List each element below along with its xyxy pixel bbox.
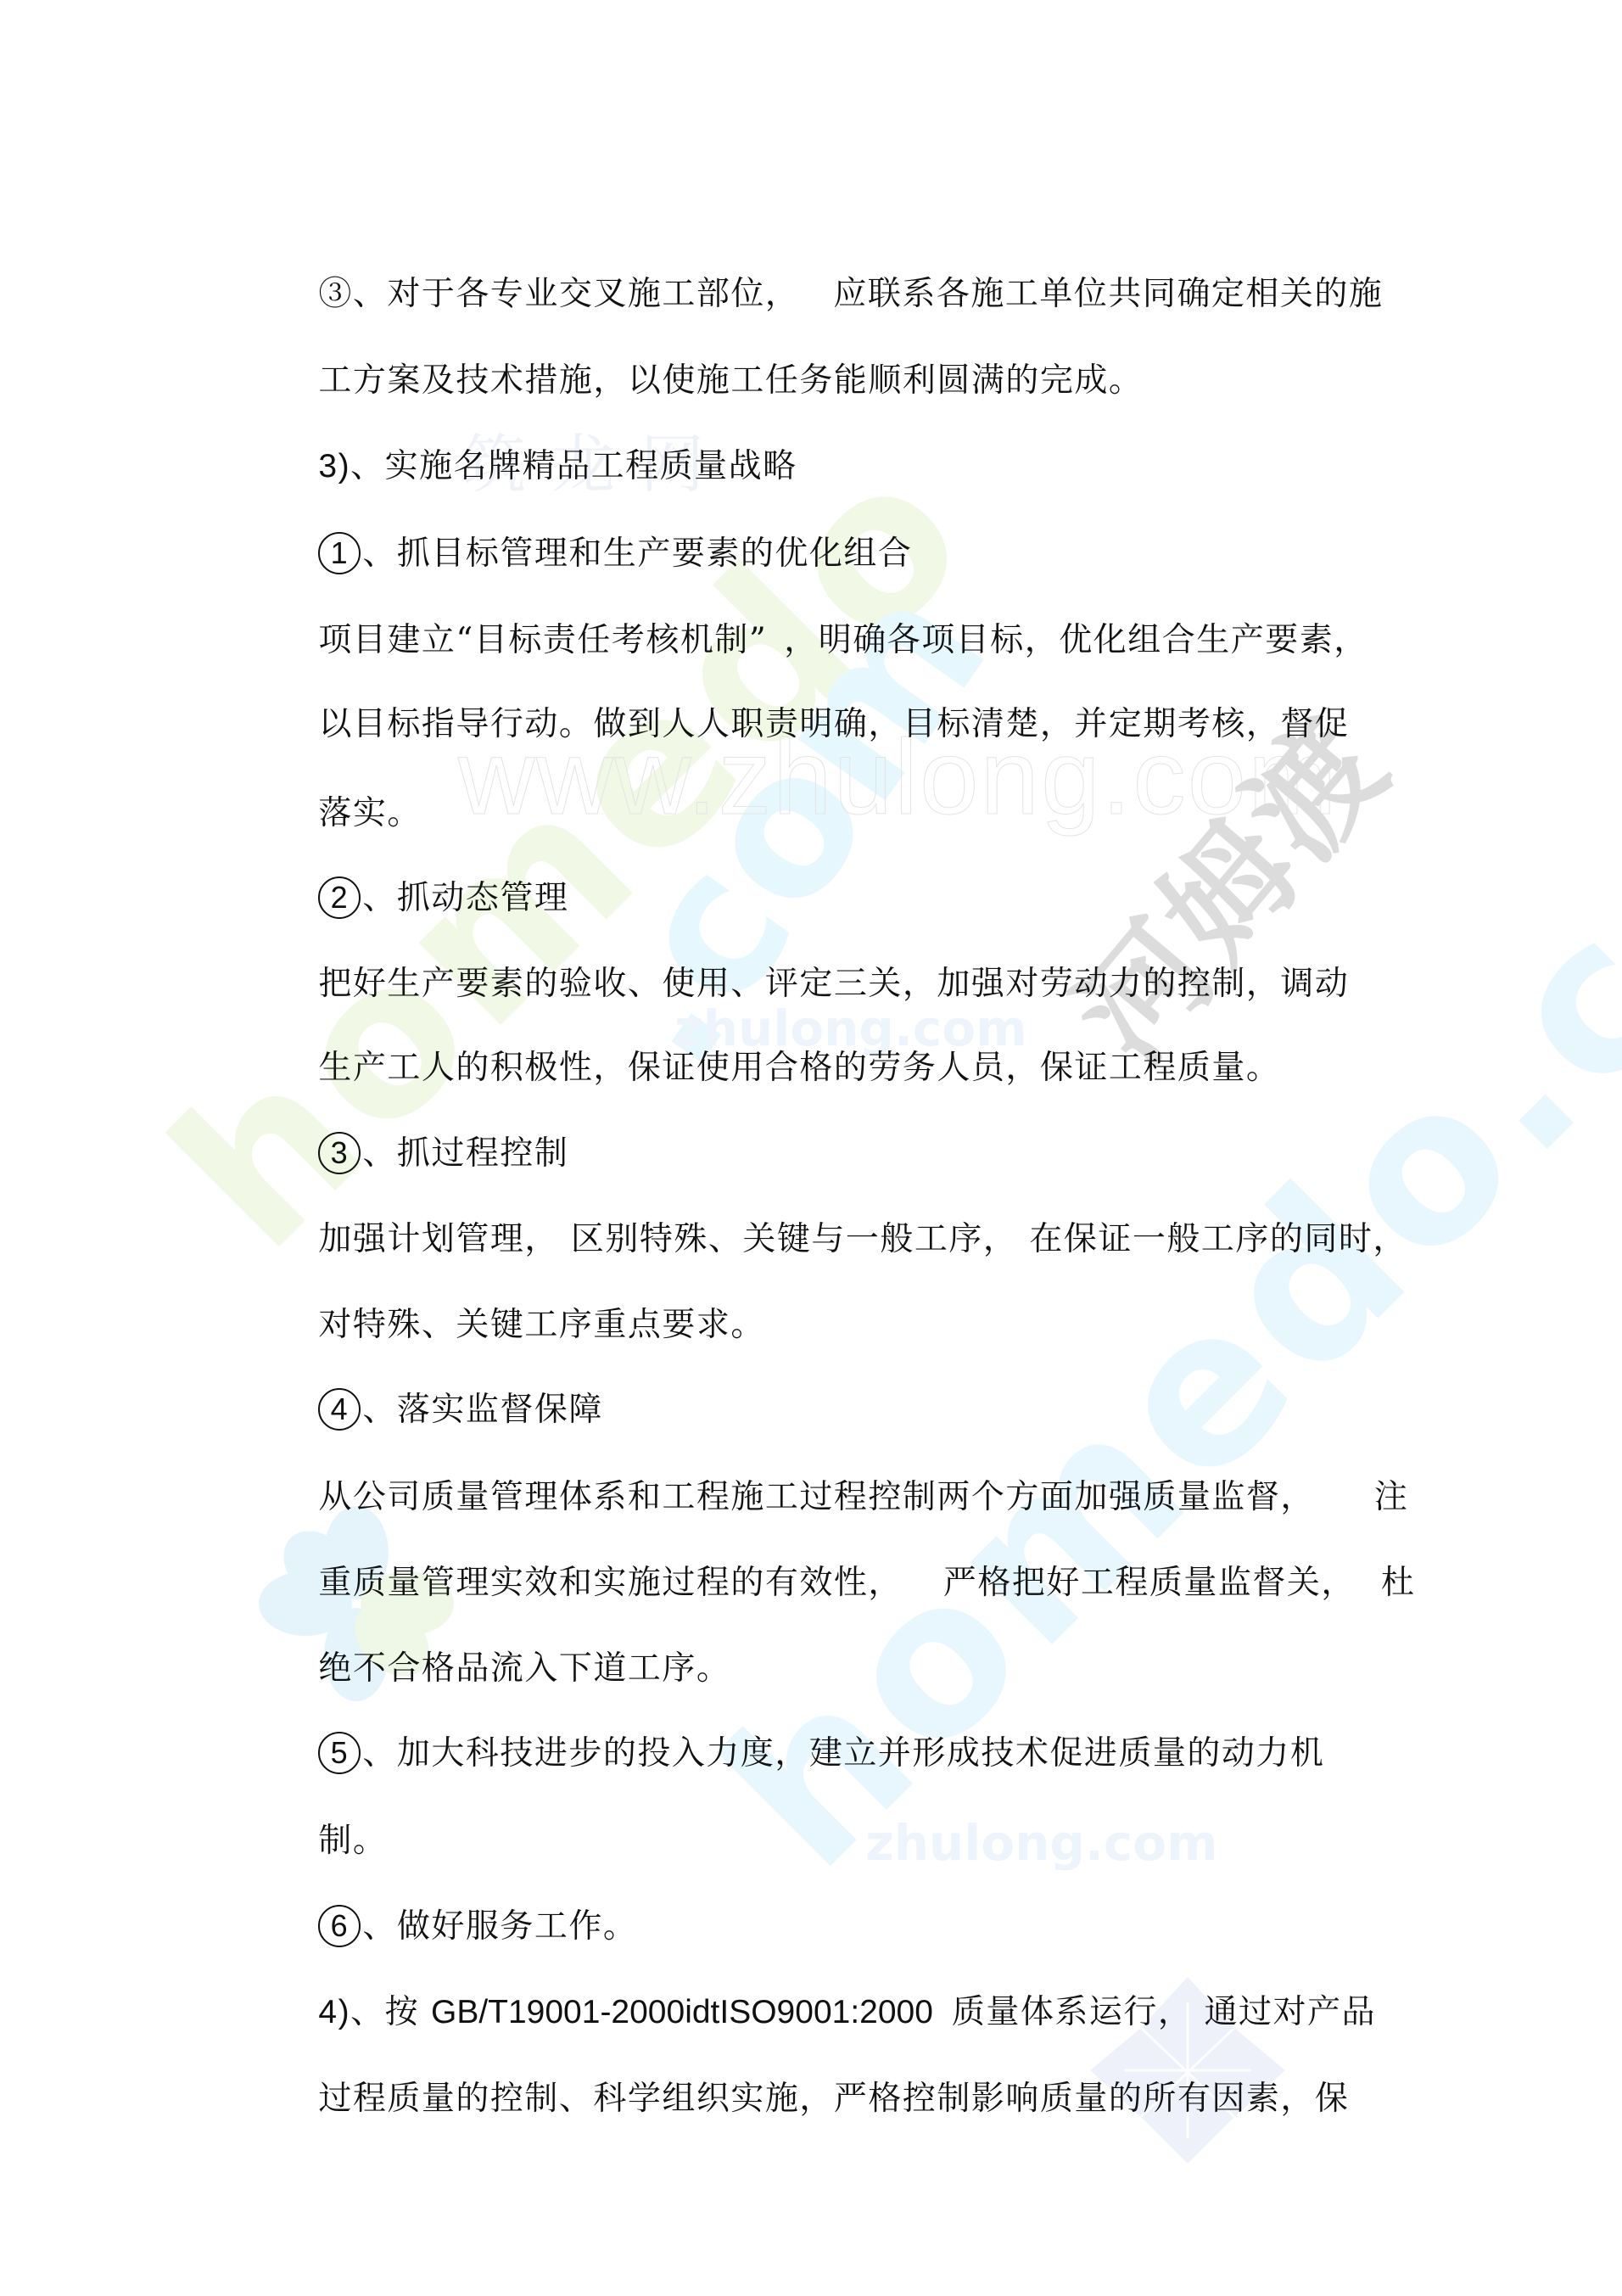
subheading-3: 3、抓过程控制 [248, 1078, 568, 1128]
subheading-5: 5、加大科技进步的投入力度，建立并形成技术促进质量的动力机 [248, 1677, 1324, 1728]
paragraph-line: 生产工人的积极性，保证使用合格的劳务人员，保证工程质量。 [248, 992, 1280, 1043]
paragraph-line: 重质量管理实效和实施过程的有效性，严格把好工程质量监督关，杜 [248, 1507, 1415, 1558]
subheading-2: 2、抓动态管理 [248, 822, 568, 873]
line-text: 杜 [1381, 1564, 1416, 1602]
subheading-text: 、加大科技进步的投入力度，建立并形成技术促进质量的动力机 [362, 1734, 1324, 1772]
line-text: 过程质量的控制、科学组织实施，严格控制影响质量的所有因素，保 [318, 2080, 1349, 2118]
line-text: 以目标指导行动。做到人人职责明确，目标清楚，并定期考核，督促 [318, 705, 1349, 743]
paragraph-line: ③、对于各专业交叉施工部位，应联系各施工单位共同确定相关的施 [248, 218, 1383, 269]
document-page: homedo .com homedo.com 筑龙网 www.zhulong.c… [0, 0, 1622, 2296]
subheading-6: 6、做好服务工作。 [248, 1851, 637, 1901]
paragraph-line: 对特殊、关键工序重点要求。 [248, 1249, 765, 1300]
paragraph-line: 加强计划管理，区别特殊、关键与一般工序，在保证一般工序的同时， [248, 1163, 1407, 1214]
paragraph-line: 制。 [248, 1765, 387, 1816]
line-text: 严格把好工程质量监督关， [943, 1564, 1356, 1602]
paragraph-line: 从公司质量管理体系和工程施工过程控制两个方面加强质量监督，注 [248, 1421, 1408, 1472]
section-heading-3: 3)、实施名牌精品工程质量战略 [248, 390, 797, 441]
paragraph-line: 以目标指导行动。做到人人职责明确，目标清楚，并定期考核，督促 [248, 648, 1349, 699]
zhulong-small-watermark-bottom: zhulong.com [865, 1814, 1218, 1872]
subheading-4: 4、落实监督保障 [248, 1334, 603, 1385]
section-heading-4: 4)、按 GB/T19001-2000idtISO9001:2000质量体系运行… [248, 1936, 1376, 1987]
paragraph-line: 工方案及技术措施，以使施工任务能顺利圆满的完成。 [248, 305, 1143, 356]
paragraph-line: 绝不合格品流入下道工序。 [248, 1593, 730, 1644]
line-text: 在保证一般工序的同时， [1029, 1220, 1407, 1258]
subheading-1: 1、抓目标管理和生产要素的优化组合 [248, 478, 912, 529]
paragraph-line: 过程质量的控制、科学组织实施，严格控制影响质量的所有因素，保 [248, 2023, 1349, 2074]
paragraph-line: 把好生产要素的验收、使用、评定三关，加强对劳动力的控制，调动 [248, 908, 1349, 959]
paragraph-line: 落实。 [248, 737, 422, 788]
paragraph-line: 项目建立“目标责任考核机制”，明确各项目标，优化组合生产要素， [248, 564, 1368, 615]
